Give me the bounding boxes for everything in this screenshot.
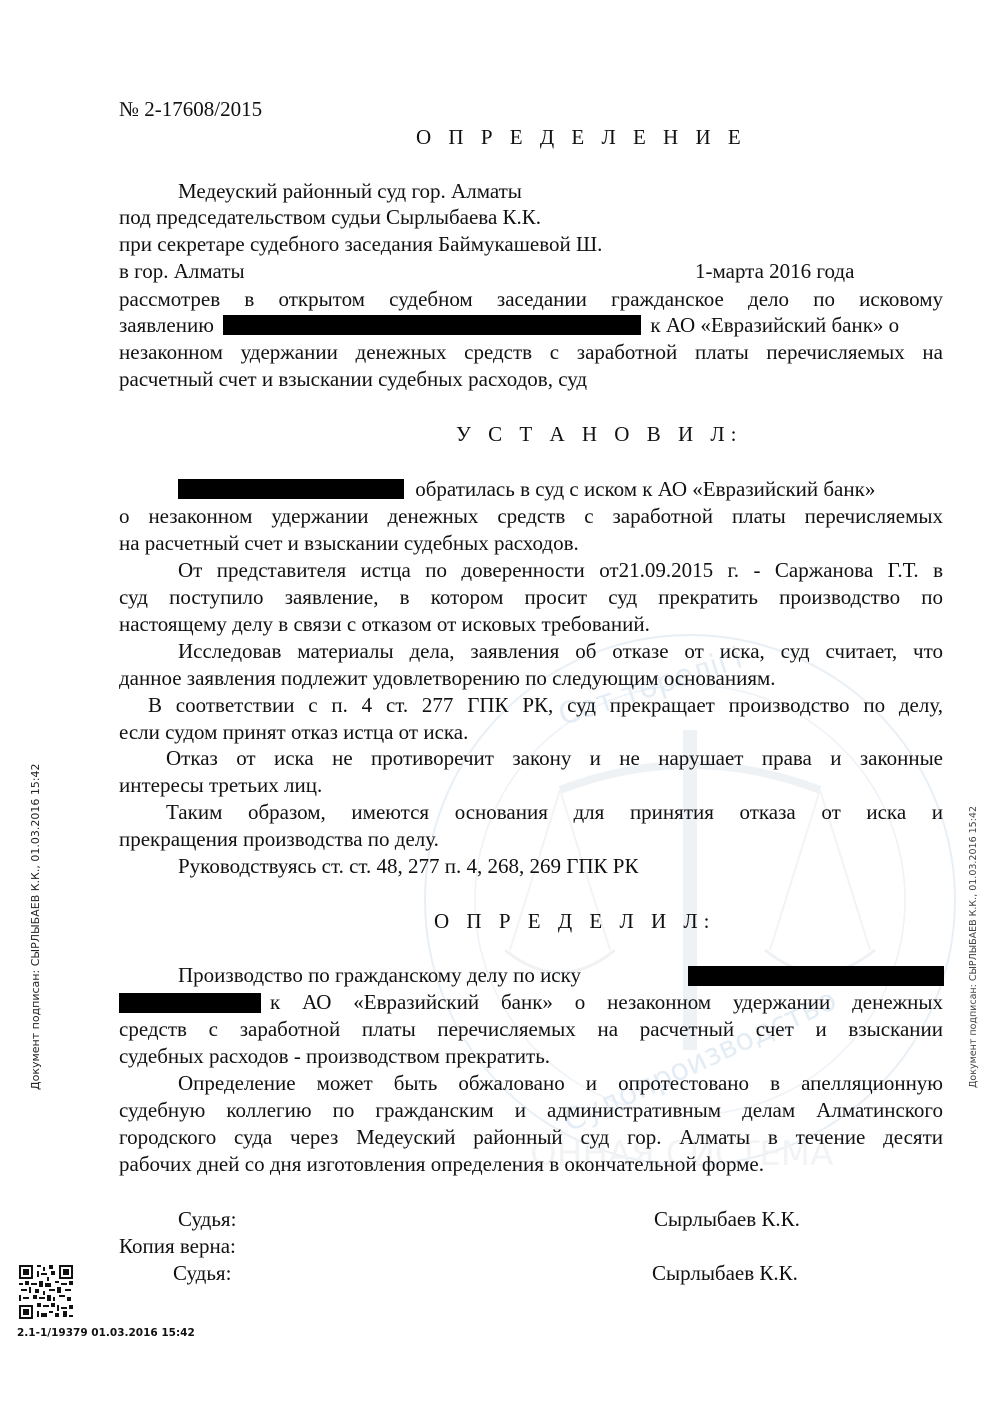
judge-label: Судья:	[178, 1206, 236, 1232]
paragraph-line: суд поступило заявление, в котором проси…	[119, 584, 943, 611]
paragraph-line: если судом принят отказ истца от иска.	[119, 719, 943, 746]
paragraph-line: Производство по гражданскому делу по иск…	[178, 962, 581, 988]
intro-line: рассмотрев в открытом судебном заседании…	[119, 286, 943, 313]
section-heading-established: У С Т А Н О В И Л:	[456, 421, 742, 447]
redacted-plaintiff	[223, 315, 641, 335]
paragraph-line: о незаконном удержании денежных средств …	[119, 503, 943, 530]
section-heading-decided: О П Р Е Д Е Л И Л:	[434, 908, 715, 934]
paragraph-line: Руководствуясь ст. ст. 48, 277 п. 4, 268…	[178, 853, 638, 879]
paragraph-line: судебных расходов - производством прекра…	[119, 1043, 943, 1070]
intro-text: к АО «Евразийский банк» о	[650, 313, 899, 337]
case-number: № 2-17608/2015	[119, 96, 262, 122]
redacted-plaintiff	[178, 479, 404, 499]
judge-label: Судья:	[173, 1260, 231, 1286]
paragraph-line: интересы третьих лиц.	[119, 772, 943, 799]
paragraph-line: От представителя истца по доверенности о…	[178, 557, 943, 584]
paragraph-line: городского суда через Медеуский районный…	[119, 1124, 943, 1151]
right-signature-stamp: Документ подписан: СЫРЛЫБАЕВ К.К., 01.03…	[968, 806, 979, 1088]
court-name: Медеуский районный суд гор. Алматы	[178, 178, 522, 204]
court-secretary: при секретаре судебного заседания Баймук…	[119, 231, 602, 257]
redacted-plaintiff	[119, 993, 261, 1013]
paragraph-line: рабочих дней со дня изготовления определ…	[119, 1151, 943, 1178]
left-signature-stamp: Документ подписан: СЫРЛЫБАЕВ К.К., 01.03…	[29, 763, 42, 1090]
redacted-plaintiff	[688, 966, 944, 986]
paragraph-line: В соответствии с п. 4 ст. 277 ГПК РК, су…	[148, 692, 943, 719]
presiding-judge: под председательством судьи Сырлыбаева К…	[119, 204, 541, 230]
intro-line: заявлению к АО «Евразийский банк» о	[119, 312, 899, 338]
document-title: О П Р Е Д Е Л Е Н И Е	[416, 124, 747, 150]
paragraph-line: Таким образом, имеются основания для при…	[166, 799, 943, 826]
place: в гор. Алматы	[119, 258, 245, 284]
paragraph-line: средств с заработной платы перечисляемых…	[119, 1016, 943, 1043]
paragraph-line: Определение может быть обжаловано и опро…	[178, 1070, 943, 1097]
qr-code-icon	[19, 1265, 73, 1319]
judge-name: Сырлыбаев К.К.	[654, 1206, 800, 1232]
paragraph-text: Производство по гражданскому делу по иск…	[178, 963, 581, 987]
paragraph-line: судебную коллегию по гражданским и админ…	[119, 1097, 943, 1124]
paragraph-line: к АО «Евразийский банк» о незаконном уде…	[270, 989, 943, 1016]
qr-caption: 2.1-1/19379 01.03.2016 15:42	[17, 1327, 195, 1339]
intro-line: незаконном удержании денежных средств с …	[119, 339, 943, 366]
copy-certified-label: Копия верна:	[119, 1233, 236, 1259]
intro-text: заявлению	[119, 313, 214, 337]
intro-line: расчетный счет и взыскании судебных расх…	[119, 366, 943, 393]
document-date: 1-марта 2016 года	[695, 258, 854, 284]
paragraph-line: прекращения производства по делу.	[119, 826, 943, 853]
paragraph-line: Отказ от иска не противоречит закону и н…	[166, 745, 943, 772]
judge-name: Сырлыбаев К.К.	[652, 1260, 798, 1286]
paragraph-line: обратилась в суд с иском к АО «Евразийск…	[178, 476, 875, 502]
paragraph-line: настоящему делу в связи с отказом от иск…	[119, 611, 943, 638]
paragraph-text: обратилась в суд с иском к АО «Евразийск…	[415, 477, 875, 501]
paragraph-line: Исследовав материалы дела, заявления об …	[178, 638, 943, 665]
paragraph-line: данное заявления подлежит удовлетворению…	[119, 665, 943, 692]
paragraph-line: на расчетный счет и взыскании судебных р…	[119, 530, 943, 557]
